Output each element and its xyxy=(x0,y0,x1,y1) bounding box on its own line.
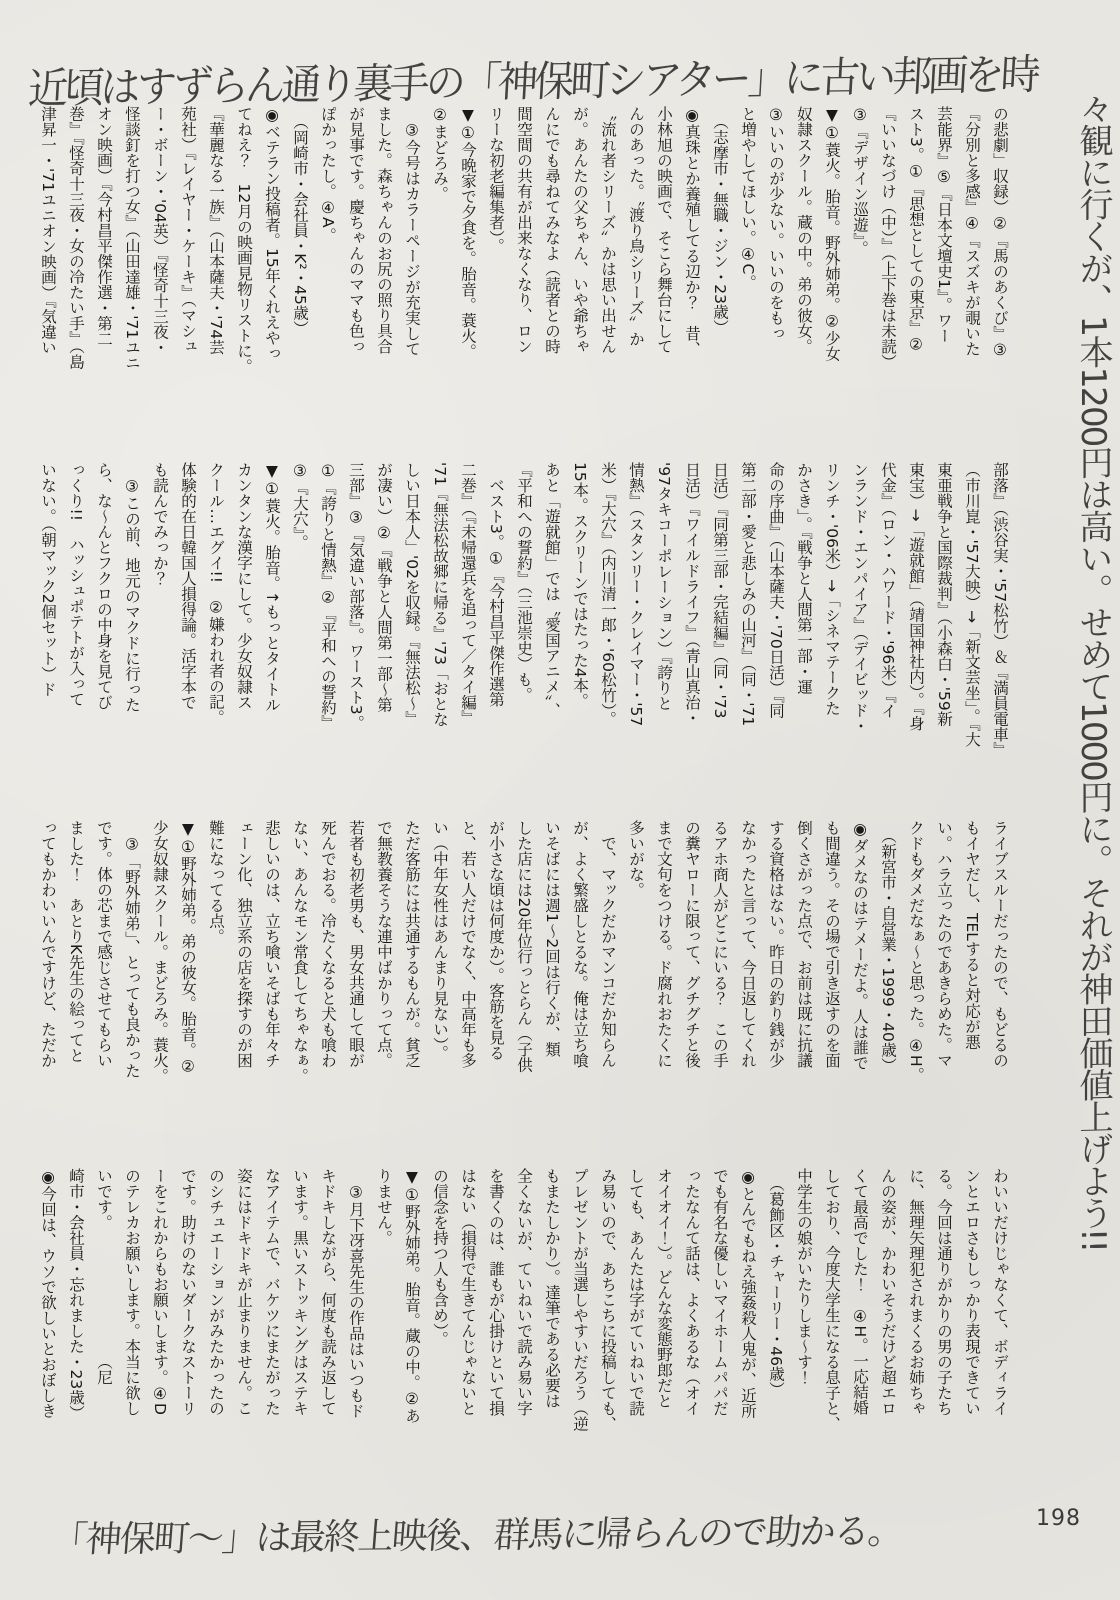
letters-column-band-2: 部落』（渋谷実・'57松竹）＆『満員電車』 （市川崑・'57大映）→「新文芸坐」… xyxy=(26,462,1014,820)
handwritten-note-bottom: 「神保町～」は最終上映後、群馬に帰らんので助かる。 xyxy=(50,1502,1034,1563)
letters-column-band-1: の悲劇」収録）②『馬のあくび』③ 『分別と多感』④『スズキが覗いた 芸能界』⑤『… xyxy=(26,106,1014,464)
letters-column-band-3: ライブスルーだったので、もどるの もイヤだし、TELすると対応が悪 い。ハラ立っ… xyxy=(26,820,1014,1168)
magazine-scan-page: 近頃はすずらん通り裏手の「神保町シアター」に古い邦画を時 々観に行くが、1本12… xyxy=(0,0,1120,1600)
page-number: 198 xyxy=(1036,1506,1081,1531)
handwritten-note-right-margin: 々観に行くが、1本1200円は高い。せめて1000円に。それが神田価値上げよう!… xyxy=(1008,91,1118,1574)
letters-column-band-4: わいいだけじゃなくて、ボディライ ンとエロさもしっかり表現できてい る。今回は通… xyxy=(26,1168,1014,1520)
